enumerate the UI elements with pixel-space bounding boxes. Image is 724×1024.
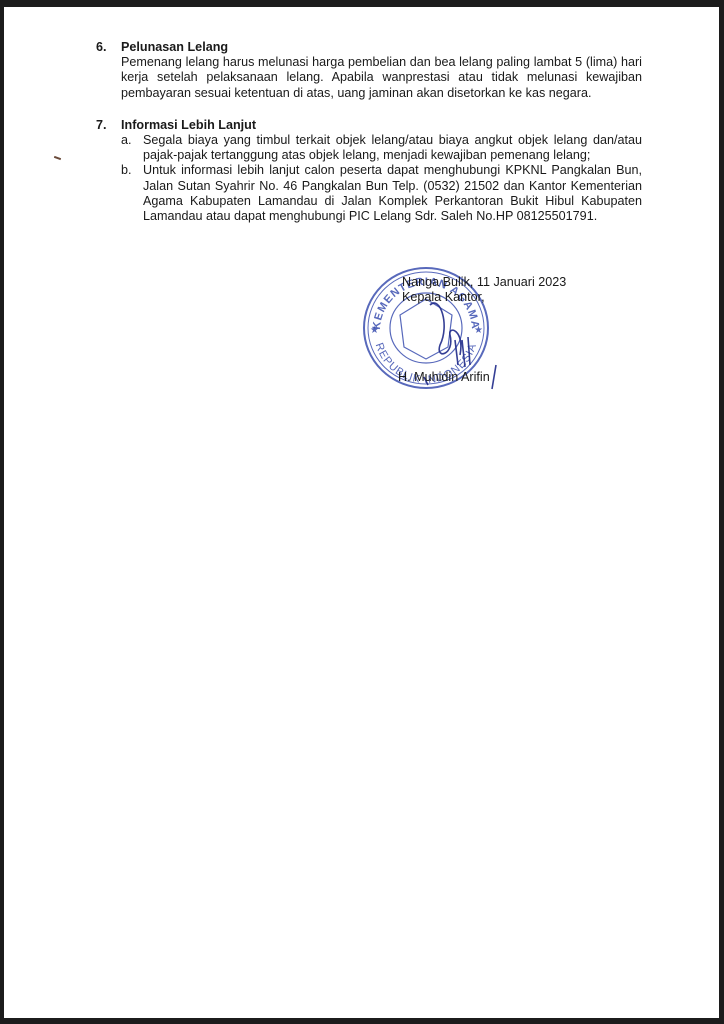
signature-place-date: Nanga Bulik, 11 Januari 2023 — [402, 275, 566, 289]
section-title: Informasi Lebih Lanjut — [121, 118, 256, 133]
item-marker: b. — [121, 163, 143, 224]
svg-text:★: ★ — [370, 325, 379, 336]
section-heading: 6. Pelunasan Lelang — [96, 40, 642, 55]
section-heading: 7. Informasi Lebih Lanjut — [96, 118, 642, 133]
list-item: a. Segala biaya yang timbul terkait obje… — [121, 133, 642, 163]
item-text: Segala biaya yang timbul terkait objek l… — [143, 133, 642, 163]
section-pelunasan-lelang: 6. Pelunasan Lelang Pemenang lelang haru… — [96, 40, 642, 101]
section-number: 6. — [96, 40, 121, 55]
item-text: Untuk informasi lebih lanjut calon peser… — [143, 163, 642, 224]
section-informasi-lebih-lanjut: 7. Informasi Lebih Lanjut a. Segala biay… — [96, 118, 642, 224]
document-content: 6. Pelunasan Lelang Pemenang lelang haru… — [96, 40, 642, 241]
section-number: 7. — [96, 118, 121, 133]
signature-block: KEMENTERIAN AGAMA REPUBLIK INDONESIA ★ ★… — [360, 265, 600, 395]
stray-mark — [54, 156, 61, 160]
section-title: Pelunasan Lelang — [121, 40, 228, 55]
signature-position: Kepala Kantor, — [402, 290, 485, 304]
item-list: a. Segala biaya yang timbul terkait obje… — [96, 133, 642, 224]
document-page: 6. Pelunasan Lelang Pemenang lelang haru… — [4, 7, 719, 1018]
list-item: b. Untuk informasi lebih lanjut calon pe… — [121, 163, 642, 224]
item-marker: a. — [121, 133, 143, 163]
signatory-name: H. Muhidin Arifin — [398, 370, 490, 384]
section-body: Pemenang lelang harus melunasi harga pem… — [96, 55, 642, 101]
